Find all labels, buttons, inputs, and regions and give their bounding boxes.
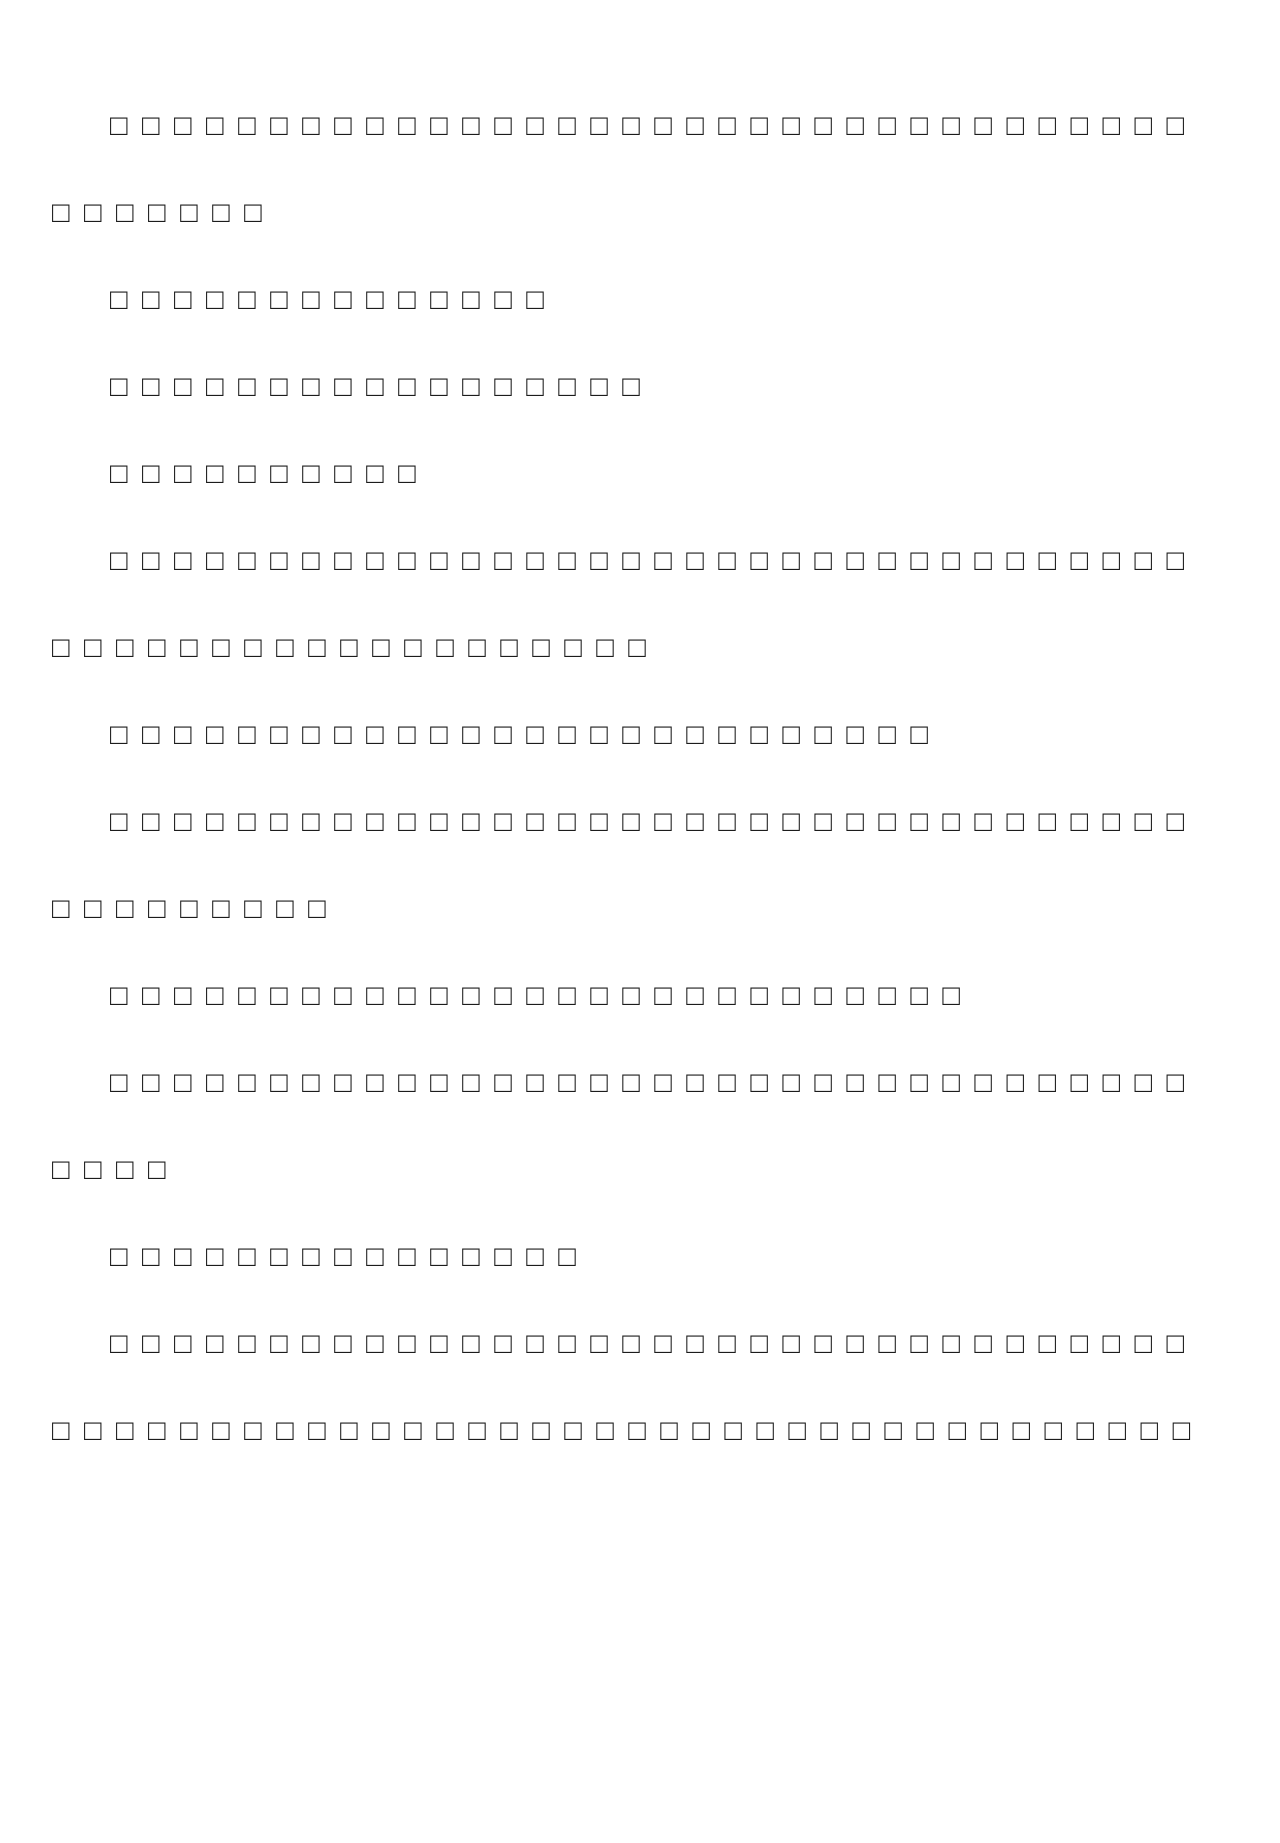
document-page: □□□□□□□□□□□□□□□□□□□□□□□□□□□□□□□□□□ □□□□□… (0, 0, 1280, 1843)
text-line-sfx: □□□□□□□□□□□□□□□□□ (52, 343, 1228, 430)
text-line-narration: □□□□□□□□□□□□□□□□□□□□□□□□□□□□□□□□□□ (52, 1300, 1228, 1387)
text-line-narration: □□□□□□□□□ (52, 865, 1228, 952)
text-line-narration: □□□□□□□□□□□□□□□□□□□□□□□□□□□□□□□□□□ (52, 1039, 1228, 1126)
text-line-narration: □□□□□□□□□□□□□□□□□□□□□□□□□□□□□□□□□□ (52, 517, 1228, 604)
text-line-narration: □□□□□□□□□□□□□□□□□□□□□□□□□□□□□□□□□□ (52, 778, 1228, 865)
text-line-narration: □□□□□□□□□□□□□□□□□□□ (52, 604, 1228, 691)
text-line-narration: □□□□ (52, 1126, 1228, 1213)
text-line-narration: □□□□□□□□□□□□□□□□□□□□□□□□□□□□□□□□□□□□ (52, 1387, 1228, 1474)
text-line-dialogue: □□□□□□□□□□□□□□□□□□□□□□□□□□ (52, 691, 1228, 778)
text-line-dialogue: □□□□□□□□□□□□□□□□□□□□□□□□□□□ (52, 952, 1228, 1039)
text-line-dialogue: □□□□□□□□□□ (52, 430, 1228, 517)
text-line-dialogue: □□□□□□□□□□□□□□□ (52, 1213, 1228, 1300)
body-text: □□□□□□□□□□□□□□□□□□□□□□□□□□□□□□□□□□ □□□□□… (52, 82, 1228, 1474)
text-line-narration: □□□□□□□ (52, 169, 1228, 256)
text-line-dialogue: □□□□□□□□□□□□□□ (52, 256, 1228, 343)
text-line-narration: □□□□□□□□□□□□□□□□□□□□□□□□□□□□□□□□□□ (52, 82, 1228, 169)
